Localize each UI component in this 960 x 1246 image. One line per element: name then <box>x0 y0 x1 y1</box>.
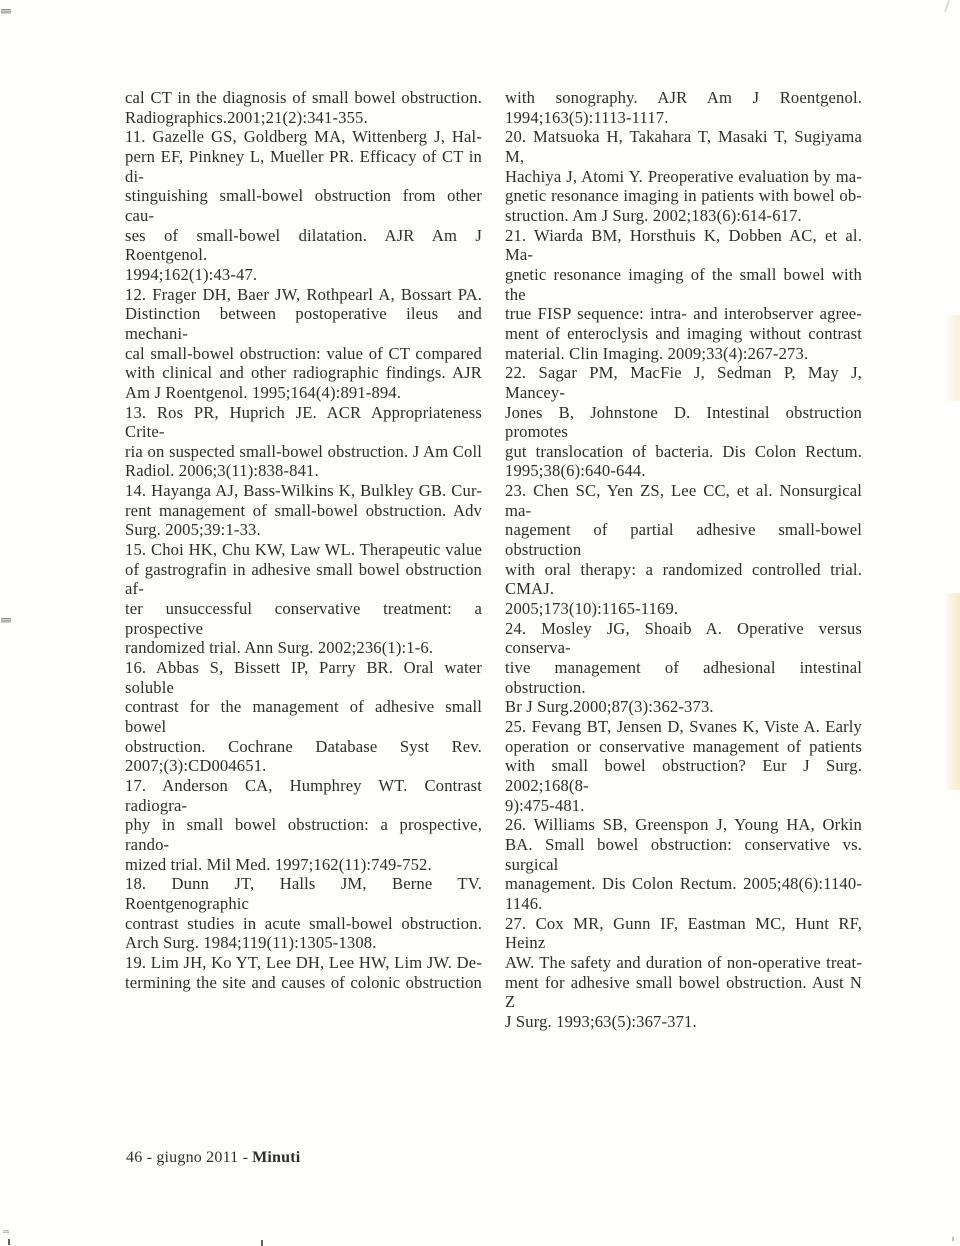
reference-line: gnetic resonance imaging of the small bo… <box>505 265 862 304</box>
reference-line: gut translocation of bacteria. Dis Colon… <box>505 442 862 462</box>
reference-line: 14. Hayanga AJ, Bass-Wilkins K, Bulkley … <box>125 481 482 501</box>
reference-line: ses of small-bowel dilatation. AJR Am J … <box>125 226 482 265</box>
reference-line: 20. Matsuoka H, Takahara T, Masaki T, Su… <box>505 127 862 166</box>
reference-line: Am J Roentgenol. 1995;164(4):891-894. <box>125 383 482 403</box>
reference-line: nagement of partial adhesive small-bowel… <box>505 520 862 559</box>
reference-line: stinguishing small-bowel obstruction fro… <box>125 186 482 225</box>
reference-line: Jones B, Johnstone D. Intestinal obstruc… <box>505 403 862 442</box>
reference-line: contrast studies in acute small-bowel ob… <box>125 914 482 934</box>
reference-line: Surg. 2005;39:1-33. <box>125 520 482 540</box>
reference-line: Distinction between postoperative ileus … <box>125 304 482 343</box>
registration-tick-center <box>261 1240 263 1246</box>
reference-line: 23. Chen SC, Yen ZS, Lee CC, et al. Nons… <box>505 481 862 520</box>
journal-name: Minuti <box>252 1149 300 1166</box>
reference-line: 19. Lim JH, Ko YT, Lee DH, Lee HW, Lim J… <box>125 953 482 973</box>
reference-line: of gastrografin in adhesive small bowel … <box>125 560 482 599</box>
reference-line: cal small-bowel obstruction: value of CT… <box>125 344 482 364</box>
reference-line: mized trial. Mil Med. 1997;162(11):749-7… <box>125 855 482 875</box>
page-footer: 46 - giugno 2011 -Minuti <box>126 1149 300 1167</box>
reference-line: management. Dis Colon Rectum. 2005;48(6)… <box>505 874 862 894</box>
reference-line: contrast for the management of adhesive … <box>125 697 482 736</box>
reference-line: 15. Choi HK, Chu KW, Law WL. Therapeutic… <box>125 540 482 560</box>
reference-line: rent management of small-bowel obstructi… <box>125 501 482 521</box>
registration-tick-right <box>952 1237 954 1241</box>
reference-line: material. Clin Imaging. 2009;33(4):267-2… <box>505 344 862 364</box>
reference-line: pern EF, Pinkney L, Mueller PR. Efficacy… <box>125 147 482 186</box>
reference-line: struction. Am J Surg. 2002;183(6):614-61… <box>505 206 862 226</box>
reference-line: 1995;38(6):640-644. <box>505 461 862 481</box>
reference-line: 9):475-481. <box>505 796 862 816</box>
reference-line: 1994;162(1):43-47. <box>125 265 482 285</box>
scan-artifact-top-left <box>1 9 11 14</box>
reference-line: ria on suspected small-bowel obstruction… <box>125 442 482 462</box>
reference-line: 24. Mosley JG, Shoaib A. Operative versu… <box>505 619 862 658</box>
reference-line: 27. Cox MR, Gunn IF, Eastman MC, Hunt RF… <box>505 914 862 953</box>
reference-line: 16. Abbas S, Bissett IP, Parry BR. Oral … <box>125 658 482 697</box>
reference-line: 13. Ros PR, Huprich JE. ACR Appropriaten… <box>125 403 482 442</box>
reference-line: with oral therapy: a randomized controll… <box>505 560 862 599</box>
reference-line: ter unsuccessful conservative treatment:… <box>125 599 482 638</box>
reference-line: obstruction. Cochrane Database Syst Rev. <box>125 737 482 757</box>
reference-line: with clinical and other radiographic fin… <box>125 363 482 383</box>
scan-artifact-bottom-left-speck <box>3 1230 9 1233</box>
reference-line: with sonography. AJR Am J Roentgenol. <box>505 88 862 108</box>
reference-line: 26. Williams SB, Greenspon J, Young HA, … <box>505 815 862 835</box>
scan-artifact-top-right <box>944 0 950 12</box>
reference-line: operation or conservative management of … <box>505 737 862 757</box>
reference-line: Radiol. 2006;3(11):838-841. <box>125 461 482 481</box>
reference-line: 1994;163(5):1113-1117. <box>505 108 862 128</box>
reference-line: 11. Gazelle GS, Goldberg MA, Wittenberg … <box>125 127 482 147</box>
reference-line: randomized trial. Ann Surg. 2002;236(1):… <box>125 638 482 658</box>
reference-line: Br J Surg.2000;87(3):362-373. <box>505 697 862 717</box>
reference-line: BA. Small bowel obstruction: conservativ… <box>505 835 862 874</box>
reference-line: Hachiya J, Atomi Y. Preoperative evaluat… <box>505 167 862 187</box>
reference-line: 22. Sagar PM, MacFie J, Sedman P, May J,… <box>505 363 862 402</box>
footer-page-and-issue: 46 - giugno 2011 - <box>126 1149 248 1166</box>
reference-line: 25. Fevang BT, Jensen D, Svanes K, Viste… <box>505 717 862 737</box>
reference-line: 21. Wiarda BM, Horsthuis K, Dobben AC, e… <box>505 226 862 265</box>
reference-line: J Surg. 1993;63(5):367-371. <box>505 1012 862 1032</box>
reference-line: with small bowel obstruction? Eur J Surg… <box>505 756 862 795</box>
scan-artifact-left-margin <box>1 618 11 623</box>
scanned-document-page: cal CT in the diagnosis of small bowel o… <box>0 0 960 1246</box>
reference-line: 12. Frager DH, Baer JW, Rothpearl A, Bos… <box>125 285 482 305</box>
reference-line: gnetic resonance imaging in patients wit… <box>505 186 862 206</box>
scan-artifact-edge-strip-lower <box>946 593 960 790</box>
scan-artifact-edge-strip-upper <box>947 315 960 401</box>
reference-line: true FISP sequence: intra- and interobse… <box>505 304 862 324</box>
reference-line: 2007;(3):CD004651. <box>125 756 482 776</box>
reference-line: ment for adhesive small bowel obstructio… <box>505 973 862 1012</box>
references-column-right: with sonography. AJR Am J Roentgenol.199… <box>505 88 862 1032</box>
reference-line: AW. The safety and duration of non-opera… <box>505 953 862 973</box>
reference-line: 18. Dunn JT, Halls JM, Berne TV. Roentge… <box>125 874 482 913</box>
references-column-left: cal CT in the diagnosis of small bowel o… <box>125 88 482 992</box>
reference-line: termining the site and causes of colonic… <box>125 973 482 993</box>
reference-line: Radiographics.2001;21(2):341-355. <box>125 108 482 128</box>
reference-line: Arch Surg. 1984;119(11):1305-1308. <box>125 933 482 953</box>
reference-line: phy in small bowel obstruction: a prospe… <box>125 815 482 854</box>
reference-line: ment of enteroclysis and imaging without… <box>505 324 862 344</box>
registration-tick-left <box>8 1239 10 1245</box>
reference-line: tive management of adhesional intestinal… <box>505 658 862 697</box>
reference-line: 2005;173(10):1165-1169. <box>505 599 862 619</box>
reference-line: 17. Anderson CA, Humphrey WT. Contrast r… <box>125 776 482 815</box>
reference-line: cal CT in the diagnosis of small bowel o… <box>125 88 482 108</box>
reference-line: 1146. <box>505 894 862 914</box>
